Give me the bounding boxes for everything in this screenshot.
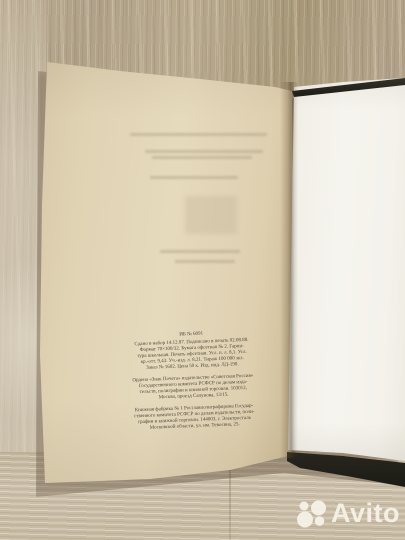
colophon-text-block: ИБ № 6091 Сдано в набор 14.12.87. Подпис…: [115, 329, 271, 433]
avito-wordmark: Avito: [331, 498, 400, 528]
bleedthrough-line: [175, 260, 235, 263]
bleedthrough-line: [160, 250, 240, 253]
book-gutter-shadow: [280, 82, 298, 458]
bleedthrough-block: [185, 196, 237, 234]
avito-watermark: Avito: [294, 497, 400, 529]
bleedthrough-line: [130, 133, 267, 136]
book-right-page: [283, 70, 405, 470]
bleedthrough-line: [145, 150, 263, 153]
bleedthrough-line: [152, 156, 252, 159]
book-left-page: ИБ № 6091 Сдано в набор 14.12.87. Подпис…: [30, 55, 300, 495]
bleedthrough-line: [150, 176, 238, 179]
book-photo: ИБ № 6091 Сдано в набор 14.12.87. Подпис…: [0, 0, 405, 540]
avito-logo-icon: [294, 497, 328, 529]
